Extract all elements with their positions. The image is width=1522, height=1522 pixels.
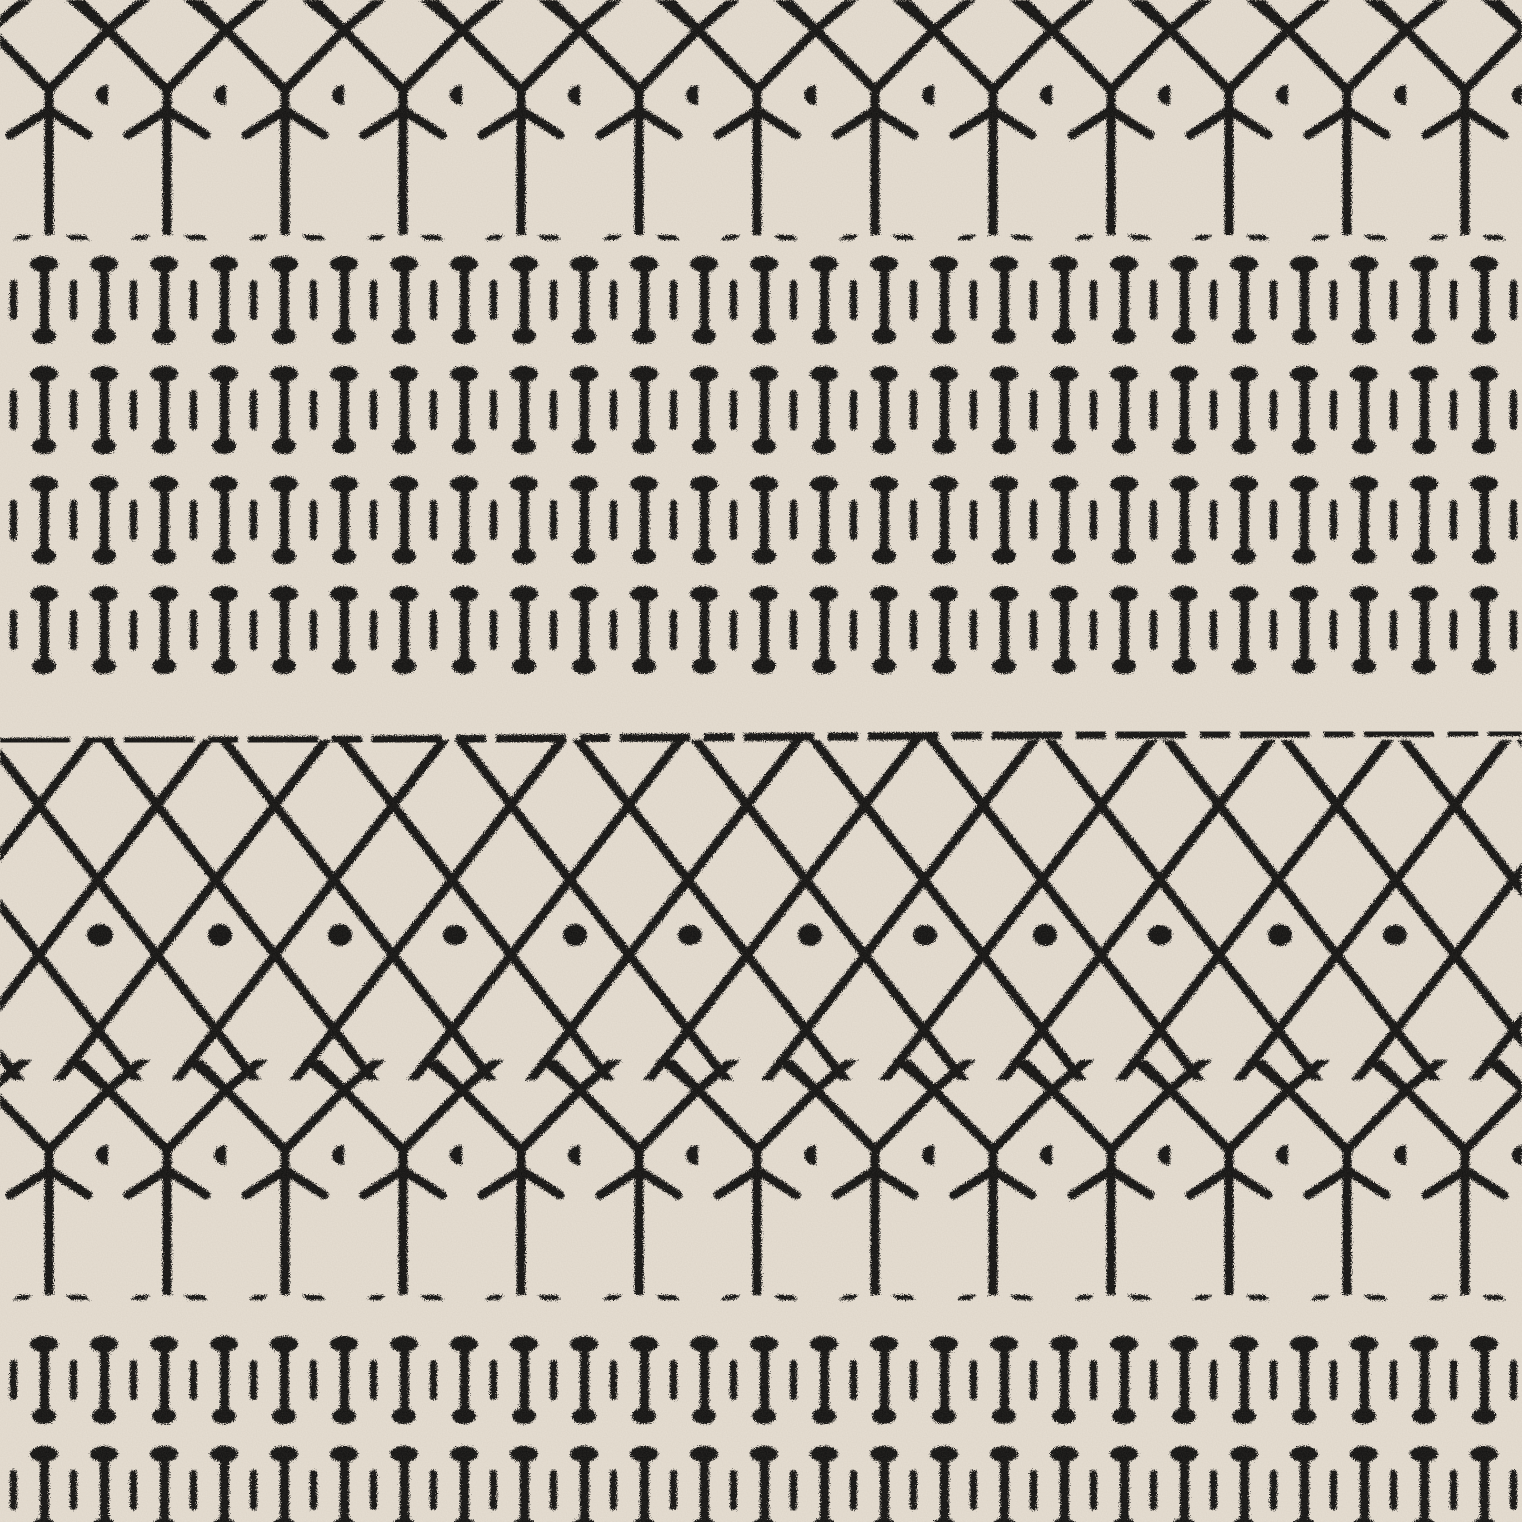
lattice-band <box>0 740 1522 1080</box>
top-diamond-row <box>0 0 1522 240</box>
upper-ladder-band <box>0 250 1522 690</box>
lower-ladder-band <box>0 1330 1522 1522</box>
rug-photo <box>0 0 1522 1522</box>
rug-pattern <box>0 0 1522 1522</box>
bottom-diamond-row <box>0 1060 1522 1300</box>
